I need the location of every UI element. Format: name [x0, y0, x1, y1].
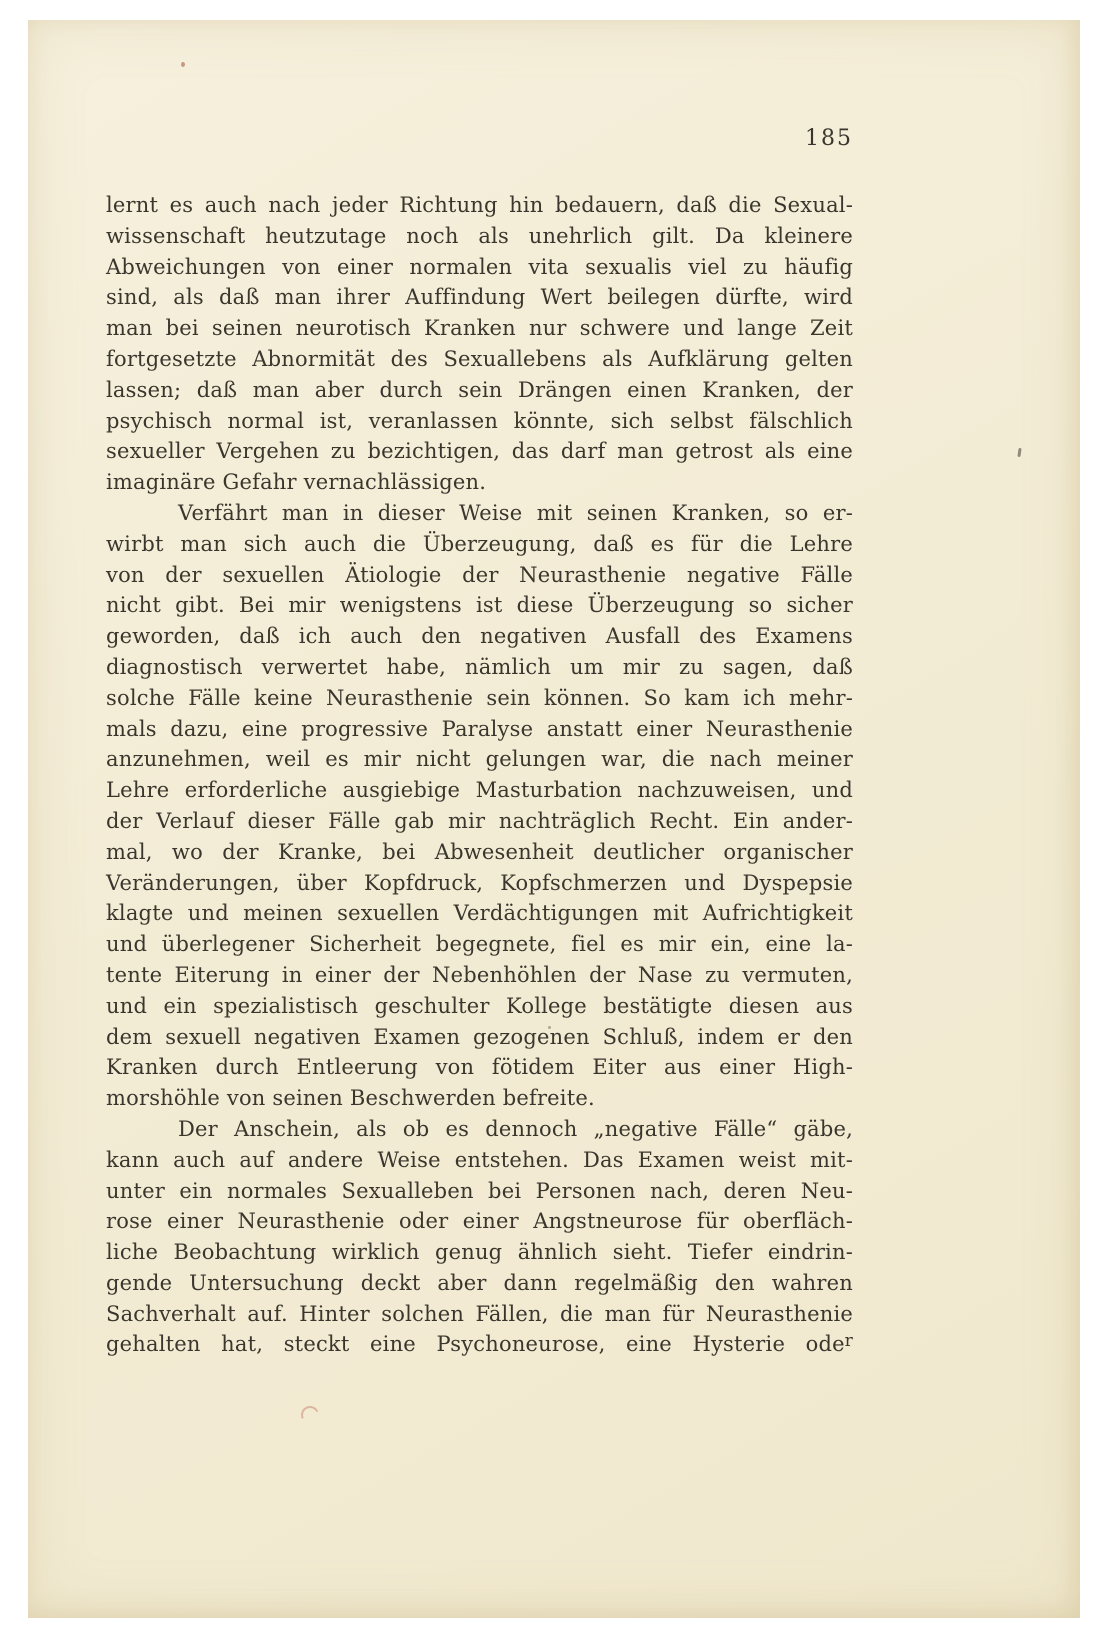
- paragraph-3: Der Anschein, als ob es dennoch „negativ…: [106, 1114, 853, 1361]
- page-number: 185: [106, 126, 853, 151]
- text-line: rose einer Neurasthenie oder einer Angst…: [106, 1206, 853, 1237]
- text-line: mal, wo der Kranke, bei Abwesenheit deut…: [106, 837, 853, 868]
- raised-letter-r: r: [845, 1330, 853, 1350]
- text-line: und ein spezialistisch geschulter Kolleg…: [106, 991, 853, 1022]
- text-line: der Verlauf dieser Fälle gab mir nachträ…: [106, 806, 853, 837]
- text-line: man bei seinen neurotisch Kranken nur sc…: [106, 313, 853, 344]
- text-line: geworden, daß ich auch den negativen Aus…: [106, 621, 853, 652]
- text-line: tente Eiterung in einer der Nebenhöhlen …: [106, 960, 853, 991]
- text-line: Veränderungen, über Kopfdruck, Kopfschme…: [106, 868, 853, 899]
- paper-speck-dark: [1017, 448, 1021, 457]
- scanned-book-page: 185 lernt es auch nach jeder Richtung hi…: [28, 20, 1080, 1618]
- body-text: lernt es auch nach jeder Richtung hin be…: [106, 190, 853, 1361]
- text-line: mals dazu, eine progressive Paralyse ans…: [106, 714, 853, 745]
- text-line: wirbt man sich auch die Überzeugung, daß…: [106, 529, 853, 560]
- text-line: sind, als daß man ihrer Auffindung Wert …: [106, 282, 853, 313]
- text-line: Sachverhalt auf. Hinter solchen Fällen, …: [106, 1299, 853, 1330]
- text-line: von der sexuellen Ätiologie der Neurasth…: [106, 560, 853, 591]
- text-line: Verfährt man in dieser Weise mit seinen …: [106, 498, 853, 529]
- paragraph-1: lernt es auch nach jeder Richtung hin be…: [106, 190, 853, 498]
- text-line: gehalten hat, steckt eine Psychoneurose,…: [106, 1329, 853, 1361]
- text-line: imaginäre Gefahr vernachlässigen.: [106, 467, 853, 498]
- text-line-main: gehalten hat, steckt eine Psychoneurose,…: [106, 1332, 845, 1356]
- text-line: und überlegener Sicherheit begegnete, fi…: [106, 929, 853, 960]
- paper-speck-red: [181, 62, 185, 67]
- text-line: sexueller Vergehen zu bezichtigen, das d…: [106, 436, 853, 467]
- text-line: fortgesetzte Abnormität des Sexuallebens…: [106, 344, 853, 375]
- text-line: unter ein normales Sexualleben bei Perso…: [106, 1176, 853, 1207]
- text-line: anzunehmen, weil es mir nicht gelungen w…: [106, 744, 853, 775]
- text-line: dem sexuell negativen Examen gezogenen S…: [106, 1022, 853, 1053]
- text-line: liche Beobachtung wirklich genug ähnlich…: [106, 1237, 853, 1268]
- text-line: psychisch normal ist, veranlassen könnte…: [106, 406, 853, 437]
- text-line: Kranken durch Entleerung von fötidem Eit…: [106, 1052, 853, 1083]
- text-line: lernt es auch nach jeder Richtung hin be…: [106, 190, 853, 221]
- text-line: wissenschaft heutzutage noch als unehrli…: [106, 221, 853, 252]
- paper-speck-small: [728, 640, 730, 642]
- text-line: morshöhle von seinen Beschwerden befreit…: [106, 1083, 853, 1114]
- text-line: lassen; daß man aber durch sein Drängen …: [106, 375, 853, 406]
- faint-pencil-mark: [298, 1403, 321, 1426]
- text-line: Lehre erforderliche ausgiebige Masturbat…: [106, 775, 853, 806]
- text-line: diagnostisch verwertet habe, nämlich um …: [106, 652, 853, 683]
- text-line: Der Anschein, als ob es dennoch „negativ…: [106, 1114, 853, 1145]
- text-line: solche Fälle keine Neurasthenie sein kön…: [106, 683, 853, 714]
- text-line: kann auch auf andere Weise entstehen. Da…: [106, 1145, 853, 1176]
- text-line: Abweichungen von einer normalen vita sex…: [106, 252, 853, 283]
- text-line: klagte und meinen sexuellen Verdächtigun…: [106, 898, 853, 929]
- paragraph-2: Verfährt man in dieser Weise mit seinen …: [106, 498, 853, 1114]
- text-line: gende Untersuchung deckt aber dann regel…: [106, 1268, 853, 1299]
- paper-speck-small: [548, 1026, 551, 1029]
- text-line: nicht gibt. Bei mir wenigstens ist diese…: [106, 590, 853, 621]
